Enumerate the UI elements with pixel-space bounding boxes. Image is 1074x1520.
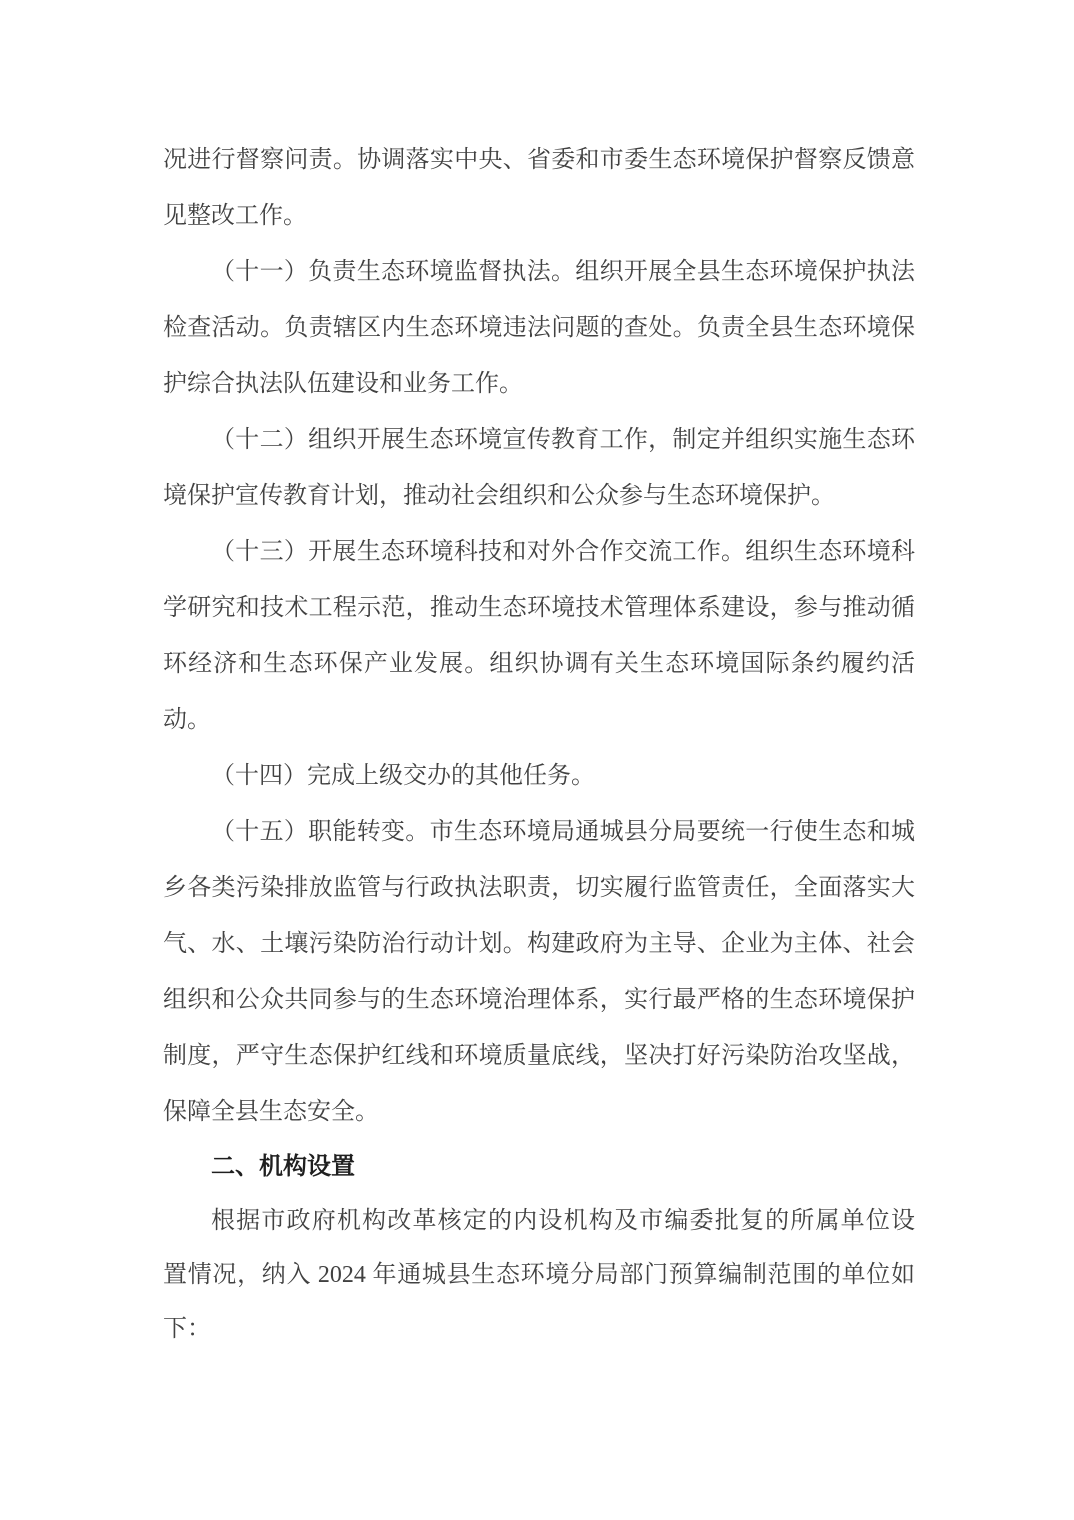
text-line: 下： — [163, 1302, 915, 1356]
text-line: 检查活动。负责辖区内生态环境违法问题的查处。负责全县生态环境保 — [163, 300, 915, 356]
text-line: （十四）完成上级交办的其他任务。 — [163, 748, 915, 804]
text-line: （十三）开展生态环境科技和对外合作交流工作。组织生态环境科 — [163, 524, 915, 580]
document-page: 况进行督察问责。协调落实中央、省委和市委生态环境保护督察反馈意见整改工作。（十一… — [0, 0, 1074, 1520]
text-line: 组织和公众共同参与的生态环境治理体系，实行最严格的生态环境保护 — [163, 972, 915, 1028]
text-line: （十一）负责生态环境监督执法。组织开展全县生态环境保护执法 — [163, 244, 915, 300]
text-line: 保障全县生态安全。 — [163, 1084, 915, 1140]
text-line: （十二）组织开展生态环境宣传教育工作，制定并组织实施生态环 — [163, 412, 915, 468]
text-line: 制度，严守生态保护红线和环境质量底线，坚决打好污染防治攻坚战， — [163, 1028, 915, 1084]
text-line: 护综合执法队伍建设和业务工作。 — [163, 356, 915, 412]
text-line: 置情况，纳入 2024 年通城县生态环境分局部门预算编制范围的单位如 — [163, 1248, 915, 1302]
section-heading: 二、机构设置 — [163, 1140, 915, 1194]
text-line: 动。 — [163, 692, 915, 748]
text-line: 环经济和生态环保产业发展。组织协调有关生态环境国际条约履约活 — [163, 636, 915, 692]
text-line: 气、水、土壤污染防治行动计划。构建政府为主导、企业为主体、社会 — [163, 916, 915, 972]
text-line: （十五）职能转变。市生态环境局通城县分局要统一行使生态和城 — [163, 804, 915, 860]
document-text-block: 况进行督察问责。协调落实中央、省委和市委生态环境保护督察反馈意见整改工作。（十一… — [163, 132, 915, 1356]
text-line: 根据市政府机构改革核定的内设机构及市编委批复的所属单位设 — [163, 1194, 915, 1248]
text-line: 学研究和技术工程示范，推动生态环境技术管理体系建设，参与推动循 — [163, 580, 915, 636]
text-line: 见整改工作。 — [163, 188, 915, 244]
text-line: 况进行督察问责。协调落实中央、省委和市委生态环境保护督察反馈意 — [163, 132, 915, 188]
text-line: 乡各类污染排放监管与行政执法职责，切实履行监管责任，全面落实大 — [163, 860, 915, 916]
text-line: 境保护宣传教育计划，推动社会组织和公众参与生态环境保护。 — [163, 468, 915, 524]
